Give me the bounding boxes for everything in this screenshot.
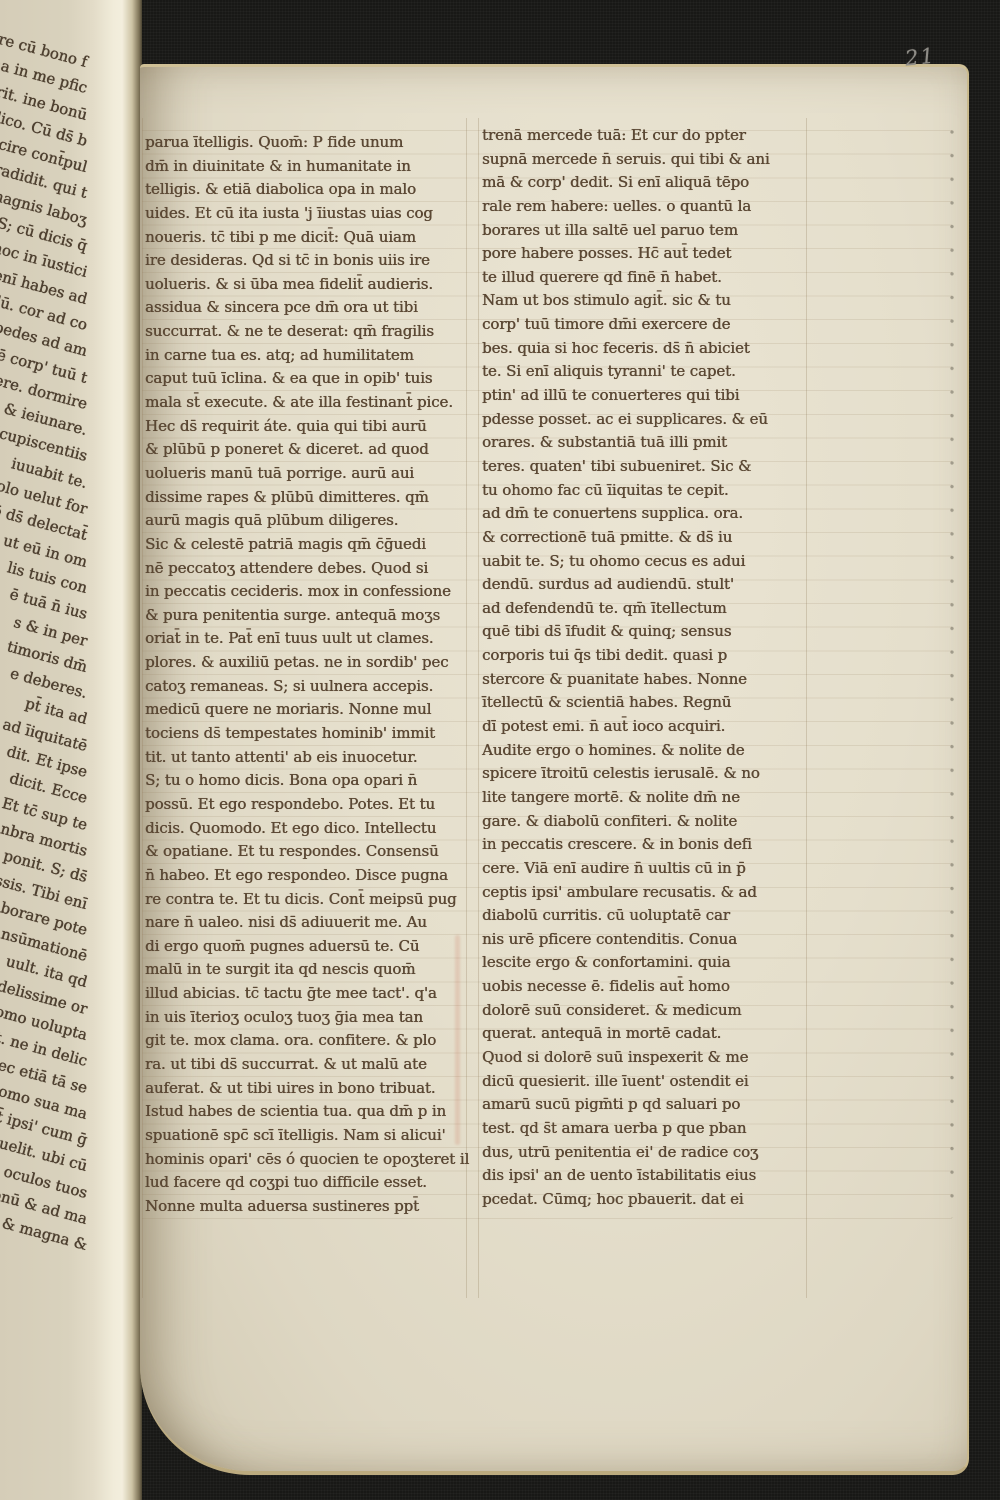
text-line: & opatiane. Et tu respondes. Consensū (145, 840, 465, 864)
text-line: oriat̄ in te. Pat̄ enī tuus uult ut clam… (145, 627, 465, 651)
ruling-vertical-guide (466, 118, 467, 1298)
text-line: corp' tuū timore dm̄i exercere de (482, 313, 802, 337)
text-line: aurū magis quā plūbum diligeres. (145, 509, 465, 533)
text-line: dicis. Quomodo. Et ego dico. Intellectu (145, 817, 465, 841)
text-line: catoʒ remaneas. S; si uulnera accepis. (145, 675, 465, 699)
text-line: dus, utrū penitentia ei' de radice coʒ (482, 1141, 802, 1165)
text-line: plores. & auxiliū petas. ne in sordib' p… (145, 651, 465, 675)
text-line: noueris. tc̄ tibi p me dicit̄: Quā uiam (145, 226, 465, 250)
text-line: in carne tua es. atq; ad humilitatem (145, 344, 465, 368)
text-line: uabit te. S; tu ohomo cecus es adui (482, 550, 802, 574)
text-line: lite tangere mortē. & nolite dm̄ ne (482, 786, 802, 810)
text-line: nis urē pficere contenditis. Conua (482, 928, 802, 952)
text-line: Audite ergo o homines. & nolite de (482, 739, 802, 763)
text-line: ītellectū & scientiā habes. Regnū (482, 691, 802, 715)
text-line: corporis tui q̄s tibi dedit. quasi p (482, 644, 802, 668)
text-line: malū in te surgit ita qd nescis quom̄ (145, 958, 465, 982)
text-line: dicū quesierit. ille īuent' ostendit ei (482, 1070, 802, 1094)
ruling-vertical-guide (142, 118, 143, 1298)
text-line: teres. quaten' tibi subueniret. Sic & (482, 455, 802, 479)
text-line: test. qd s̄t amara uerba p que pban (482, 1117, 802, 1141)
text-line: ceptis ipsi' ambulare recusatis. & ad (482, 881, 802, 905)
text-line: S; tu o homo dicis. Bona opa opari n̄ (145, 769, 465, 793)
text-line: hominis opari' cēs ó quocien te opoʒtere… (145, 1148, 465, 1172)
manuscript-photo: { "window": { "folio_number": "21" }, "c… (0, 0, 1000, 1500)
text-line: Hec ds̄ requirit áte. quia qui tibi aurū (145, 415, 465, 439)
text-column-left: parua ītelligis. Quom̄: P fide unumdm̄ i… (145, 131, 465, 1218)
text-line: gare. & diabolū confiteri. & nolite (482, 810, 802, 834)
text-line: uolueris manū tuā porrige. aurū aui (145, 462, 465, 486)
text-line: bes. quia si hoc feceris. ds̄ n̄ abiciet (482, 337, 802, 361)
text-line: ad dm̄ te conuertens supplica. ora. (482, 502, 802, 526)
text-line: querat. antequā in mortē cadat. (482, 1022, 802, 1046)
text-line: ire desideras. Qd si tc̄ in bonis uiis i… (145, 249, 465, 273)
text-line: tu ohomo fac cū īiquitas te cepit. (482, 479, 802, 503)
text-line: possū. Et ego respondebo. Potes. Et tu (145, 793, 465, 817)
text-line: git te. mox clama. ora. confitere. & plo (145, 1029, 465, 1053)
text-line: trenā mercede tuā: Et cur do ppter (482, 124, 802, 148)
text-line: dissime rapes & plūbū dimitteres. qm̄ (145, 486, 465, 510)
facing-page-edge: ā domare cū bono fm̄ia bona in me pficpl… (0, 0, 142, 1500)
text-line: uolueris. & si ūba mea fidelit̄ audieris… (145, 273, 465, 297)
text-line: Sic & celestē patriā magis qm̄ c̄ḡuedi (145, 533, 465, 557)
text-line: spicere ītroitū celestis ierusalē. & no (482, 762, 802, 786)
text-line: te illud querere qd finē n̄ habet. (482, 266, 802, 290)
text-line: rale rem habere: uelles. o quantū la (482, 195, 802, 219)
text-line: & pura penitentia surge. antequā moʒs (145, 604, 465, 628)
text-line: medicū quere ne moriaris. Nonne mul (145, 698, 465, 722)
text-line: in peccatis crescere. & in bonis defi (482, 833, 802, 857)
text-line: tociens ds̄ tempestates hominib' immit (145, 722, 465, 746)
text-line: amarū sucū pigm̄ti p qd saluari po (482, 1093, 802, 1117)
text-line: ptin' ad illū te conuerteres qui tibi (482, 384, 802, 408)
text-line: in peccatis cecideris. mox in confession… (145, 580, 465, 604)
pricking-holes (949, 128, 955, 1218)
text-line: caput tuū īclina. & ea que in opib' tuis (145, 367, 465, 391)
text-line: nē peccatoʒ attendere debes. Quod si (145, 557, 465, 581)
text-line: illud abicias. tc̄ tactu ḡte mee tact'. … (145, 982, 465, 1006)
text-line: assidua & sincera pce dm̄ ora ut tibi (145, 296, 465, 320)
text-line: telligis. & etiā diabolica opa in malo (145, 178, 465, 202)
text-line: borares ut illa saltē uel paruo tem (482, 219, 802, 243)
text-column-right: trenā mercede tuā: Et cur do pptersupnā … (482, 124, 802, 1211)
text-line: supnā mercede n̄ seruis. qui tibi & ani (482, 148, 802, 172)
text-line: dendū. surdus ad audiendū. stult' (482, 573, 802, 597)
text-line: stercore & puanitate habes. Nonne (482, 668, 802, 692)
ruling-vertical-guide (478, 118, 479, 1298)
text-line: parua ītelligis. Quom̄: P fide unum (145, 131, 465, 155)
ruling-vertical-guide (806, 118, 807, 1298)
text-line: dī potest emi. n̄ aut̄ ioco acquiri. (482, 715, 802, 739)
text-line: uides. Et cū ita iusta 'j īiustas uias c… (145, 202, 465, 226)
text-line: quē tibi ds̄ īfudit & quinq; sensus (482, 620, 802, 644)
text-line: diabolū curritis. cū uoluptatē car (482, 904, 802, 928)
text-line: pdesse posset. ac ei supplicares. & eū (482, 408, 802, 432)
text-line: dis ipsi' an de uento īstabilitatis eius (482, 1164, 802, 1188)
text-line: uobis necesse ē. fidelis aut̄ homo (482, 975, 802, 999)
text-line: lud facere qd coʒpi tuo difficile esset. (145, 1171, 465, 1195)
text-line: dolorē suū consideret. & medicum (482, 999, 802, 1023)
text-line: auferat. & ut tibi uires in bono tribuat… (145, 1077, 465, 1101)
text-line: n̄ habeo. Et ego respondeo. Disce pugna (145, 864, 465, 888)
facing-page-text-fragments: ā domare cū bono fm̄ia bona in me pficpl… (0, 56, 112, 1266)
text-line: tit. ut tanto attenti' ab eis inuocetur. (145, 746, 465, 770)
text-line: orares. & substantiā tuā illi pmit (482, 431, 802, 455)
text-line: nare n̄ ualeo. nisi ds̄ adiuuerit me. Au (145, 911, 465, 935)
text-line: ad defendendū te. qm̄ ītellectum (482, 597, 802, 621)
text-line: pcedat. Cūmq; hoc pbauerit. dat ei (482, 1188, 802, 1212)
text-line: succurrat. & ne te deserat: qm̄ fragilis (145, 320, 465, 344)
text-line: te. Si enī aliquis tyranni' te capet. (482, 360, 802, 384)
text-line: Istud habes de scientia tua. qua dm̄ p i… (145, 1100, 465, 1124)
text-line: cere. Viā enī audire n̄ uultis cū in p̄ (482, 857, 802, 881)
text-line: & plūbū p poneret & diceret. ad quod (145, 438, 465, 462)
text-line: re contra te. Et tu dicis. Cont̄ meipsū … (145, 888, 465, 912)
text-line: lescite ergo & confortamini. quia (482, 951, 802, 975)
text-line: mā & corp' dedit. Si enī aliquā tēpo (482, 171, 802, 195)
text-line: dm̄ in diuinitate & in humanitate in (145, 155, 465, 179)
text-line: ra. ut tibi ds̄ succurrat. & ut malū ate (145, 1053, 465, 1077)
text-line: mala st̄ execute. & ate illa festinant̄ … (145, 391, 465, 415)
text-line: Quod si dolorē suū inspexerit & me (482, 1046, 802, 1070)
text-line: Nonne multa aduersa sustineres ppt̄ (145, 1195, 465, 1219)
text-line: spuationē spc̄ scī ītelligis. Nam si ali… (145, 1124, 465, 1148)
text-line: & correctionē tuā pmitte. & ds̄ iu (482, 526, 802, 550)
text-line: Nam ut bos stimulo agit̄. sic & tu (482, 289, 802, 313)
text-line: in uis īterioʒ oculoʒ tuoʒ ḡia mea tan (145, 1006, 465, 1030)
text-line: di ergo quom̄ pugnes aduersū te. Cū (145, 935, 465, 959)
text-line: pore habere posses. Hc̄ aut̄ tedet (482, 242, 802, 266)
